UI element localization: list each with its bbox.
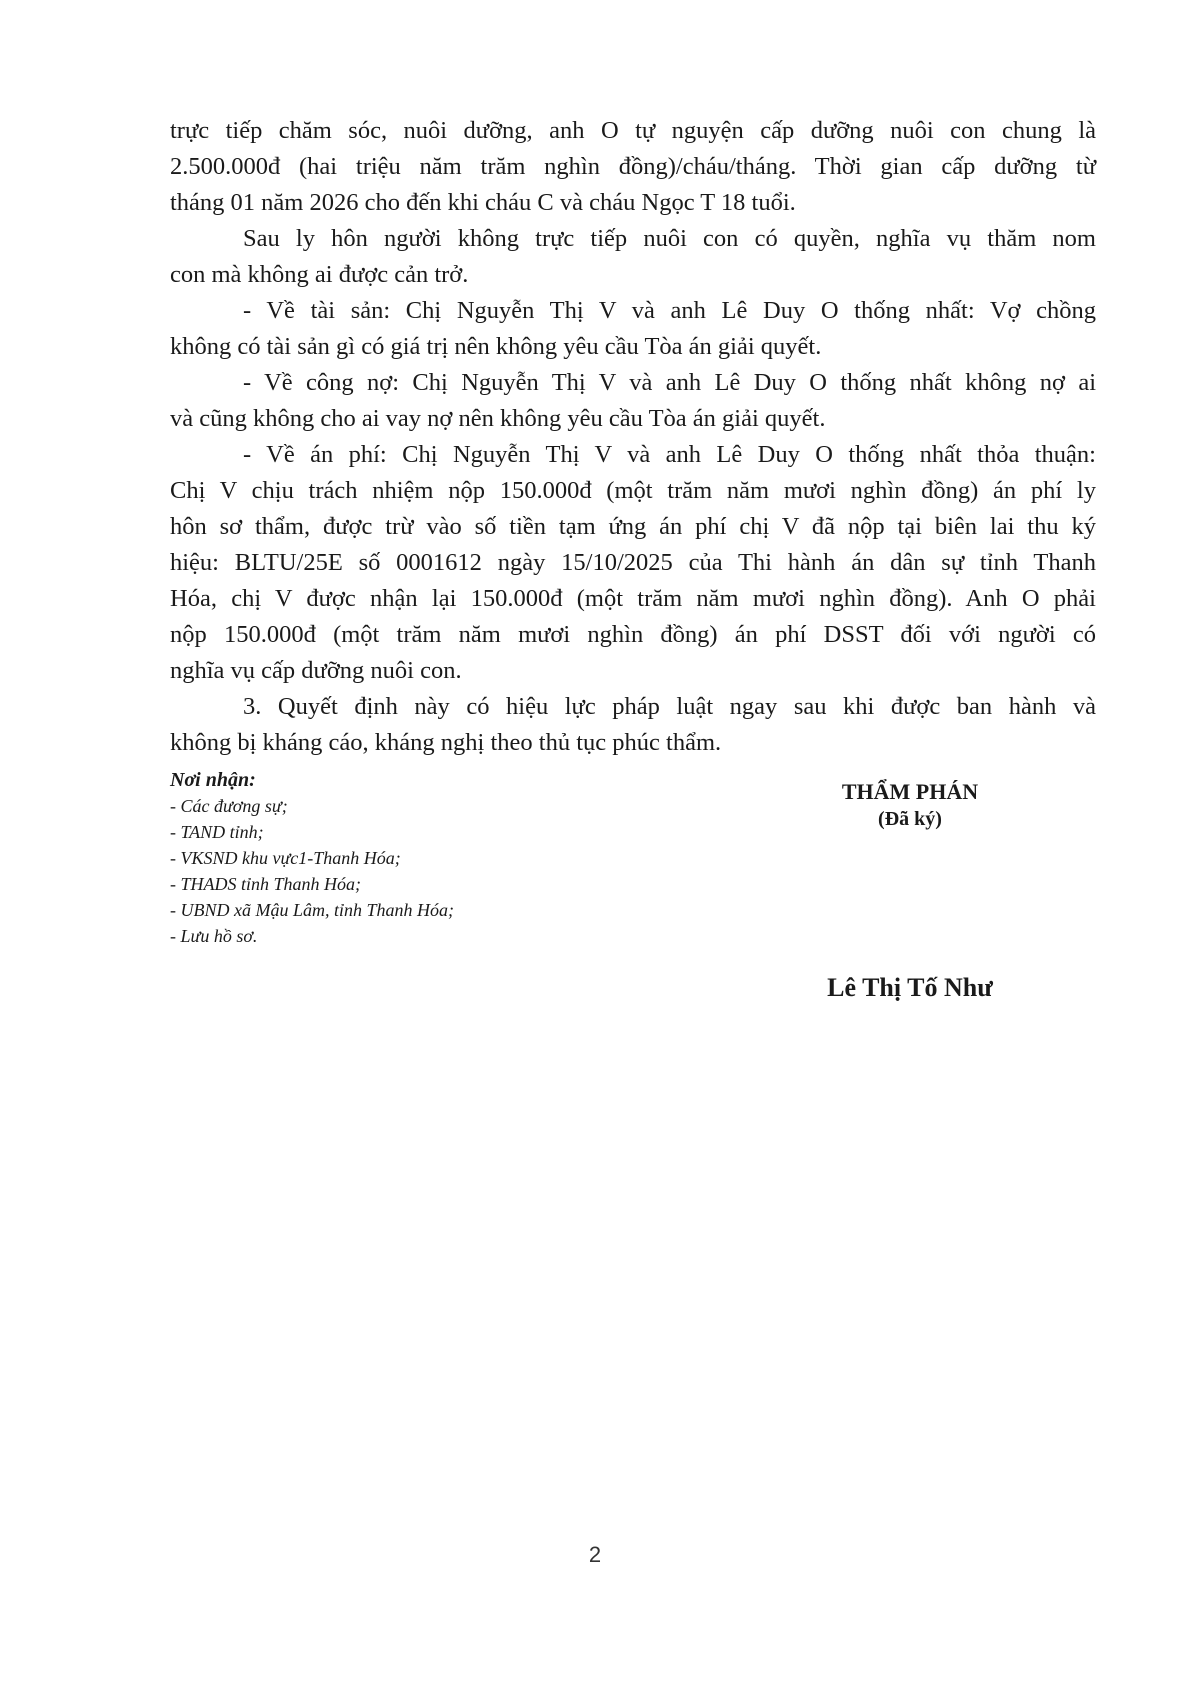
paragraph-debts: - Về công nợ: Chị Nguyễn Thị V và anh Lê… [170, 365, 1096, 437]
recipient-item: - VKSND khu vực1-Thanh Hóa; [170, 845, 630, 871]
recipient-item: - THADS tỉnh Thanh Hóa; [170, 871, 630, 897]
signed-note: (Đã ký) [790, 806, 1030, 832]
text-line: và cũng không cho ai vay nợ nên không yê… [170, 401, 1096, 437]
text-line: hôn sơ thẩm, được trừ vào số tiền tạm ứn… [170, 509, 1096, 545]
recipient-item: - UBND xã Mậu Lâm, tỉnh Thanh Hóa; [170, 897, 630, 923]
text-line: 3. Quyết định này có hiệu lực pháp luật … [170, 689, 1096, 725]
signature-block: THẨM PHÁN (Đã ký) [790, 778, 1030, 832]
text-line: tháng 01 năm 2026 cho đến khi cháu C và … [170, 185, 1096, 221]
text-line: - Về công nợ: Chị Nguyễn Thị V và anh Lê… [170, 365, 1096, 401]
recipients-block: Nơi nhận: - Các đương sự; - TAND tỉnh; -… [170, 767, 630, 949]
paragraph-effectiveness: 3. Quyết định này có hiệu lực pháp luật … [170, 689, 1096, 761]
text-line: nộp 150.000đ (một trăm năm mươi nghìn đồ… [170, 617, 1096, 653]
recipient-item: - Lưu hồ sơ. [170, 923, 630, 949]
text-line: Hóa, chị V được nhận lại 150.000đ (một t… [170, 581, 1096, 617]
paragraph-court-fees: - Về án phí: Chị Nguyễn Thị V và anh Lê … [170, 437, 1096, 689]
text-line: không có tài sản gì có giá trị nên không… [170, 329, 1096, 365]
text-line: - Về án phí: Chị Nguyễn Thị V và anh Lê … [170, 437, 1096, 473]
text-line: con mà không ai được cản trở. [170, 257, 1096, 293]
page-number: 2 [0, 1542, 1190, 1568]
text-line: không bị kháng cáo, kháng nghị theo thủ … [170, 725, 1096, 761]
text-line: 2.500.000đ (hai triệu năm trăm nghìn đồn… [170, 149, 1096, 185]
text-line: hiệu: BLTU/25E số 0001612 ngày 15/10/202… [170, 545, 1096, 581]
text-line: Chị V chịu trách nhiệm nộp 150.000đ (một… [170, 473, 1096, 509]
signer-title: THẨM PHÁN [790, 778, 1030, 806]
text-line: Sau ly hôn người không trực tiếp nuôi co… [170, 221, 1096, 257]
text-line: trực tiếp chăm sóc, nuôi dưỡng, anh O tự… [170, 113, 1096, 149]
document-body: trực tiếp chăm sóc, nuôi dưỡng, anh O tự… [170, 113, 1096, 761]
document-page: trực tiếp chăm sóc, nuôi dưỡng, anh O tự… [0, 0, 1190, 1684]
recipients-title: Nơi nhận: [170, 767, 630, 793]
signer-name: Lê Thị Tố Như [790, 972, 1030, 1004]
recipient-item: - Các đương sự; [170, 793, 630, 819]
paragraph-property: - Về tài sản: Chị Nguyễn Thị V và anh Lê… [170, 293, 1096, 365]
recipient-item: - TAND tỉnh; [170, 819, 630, 845]
text-line: nghĩa vụ cấp dưỡng nuôi con. [170, 653, 1096, 689]
text-line: - Về tài sản: Chị Nguyễn Thị V và anh Lê… [170, 293, 1096, 329]
paragraph-visitation-rights: Sau ly hôn người không trực tiếp nuôi co… [170, 221, 1096, 293]
paragraph-child-support: trực tiếp chăm sóc, nuôi dưỡng, anh O tự… [170, 113, 1096, 221]
